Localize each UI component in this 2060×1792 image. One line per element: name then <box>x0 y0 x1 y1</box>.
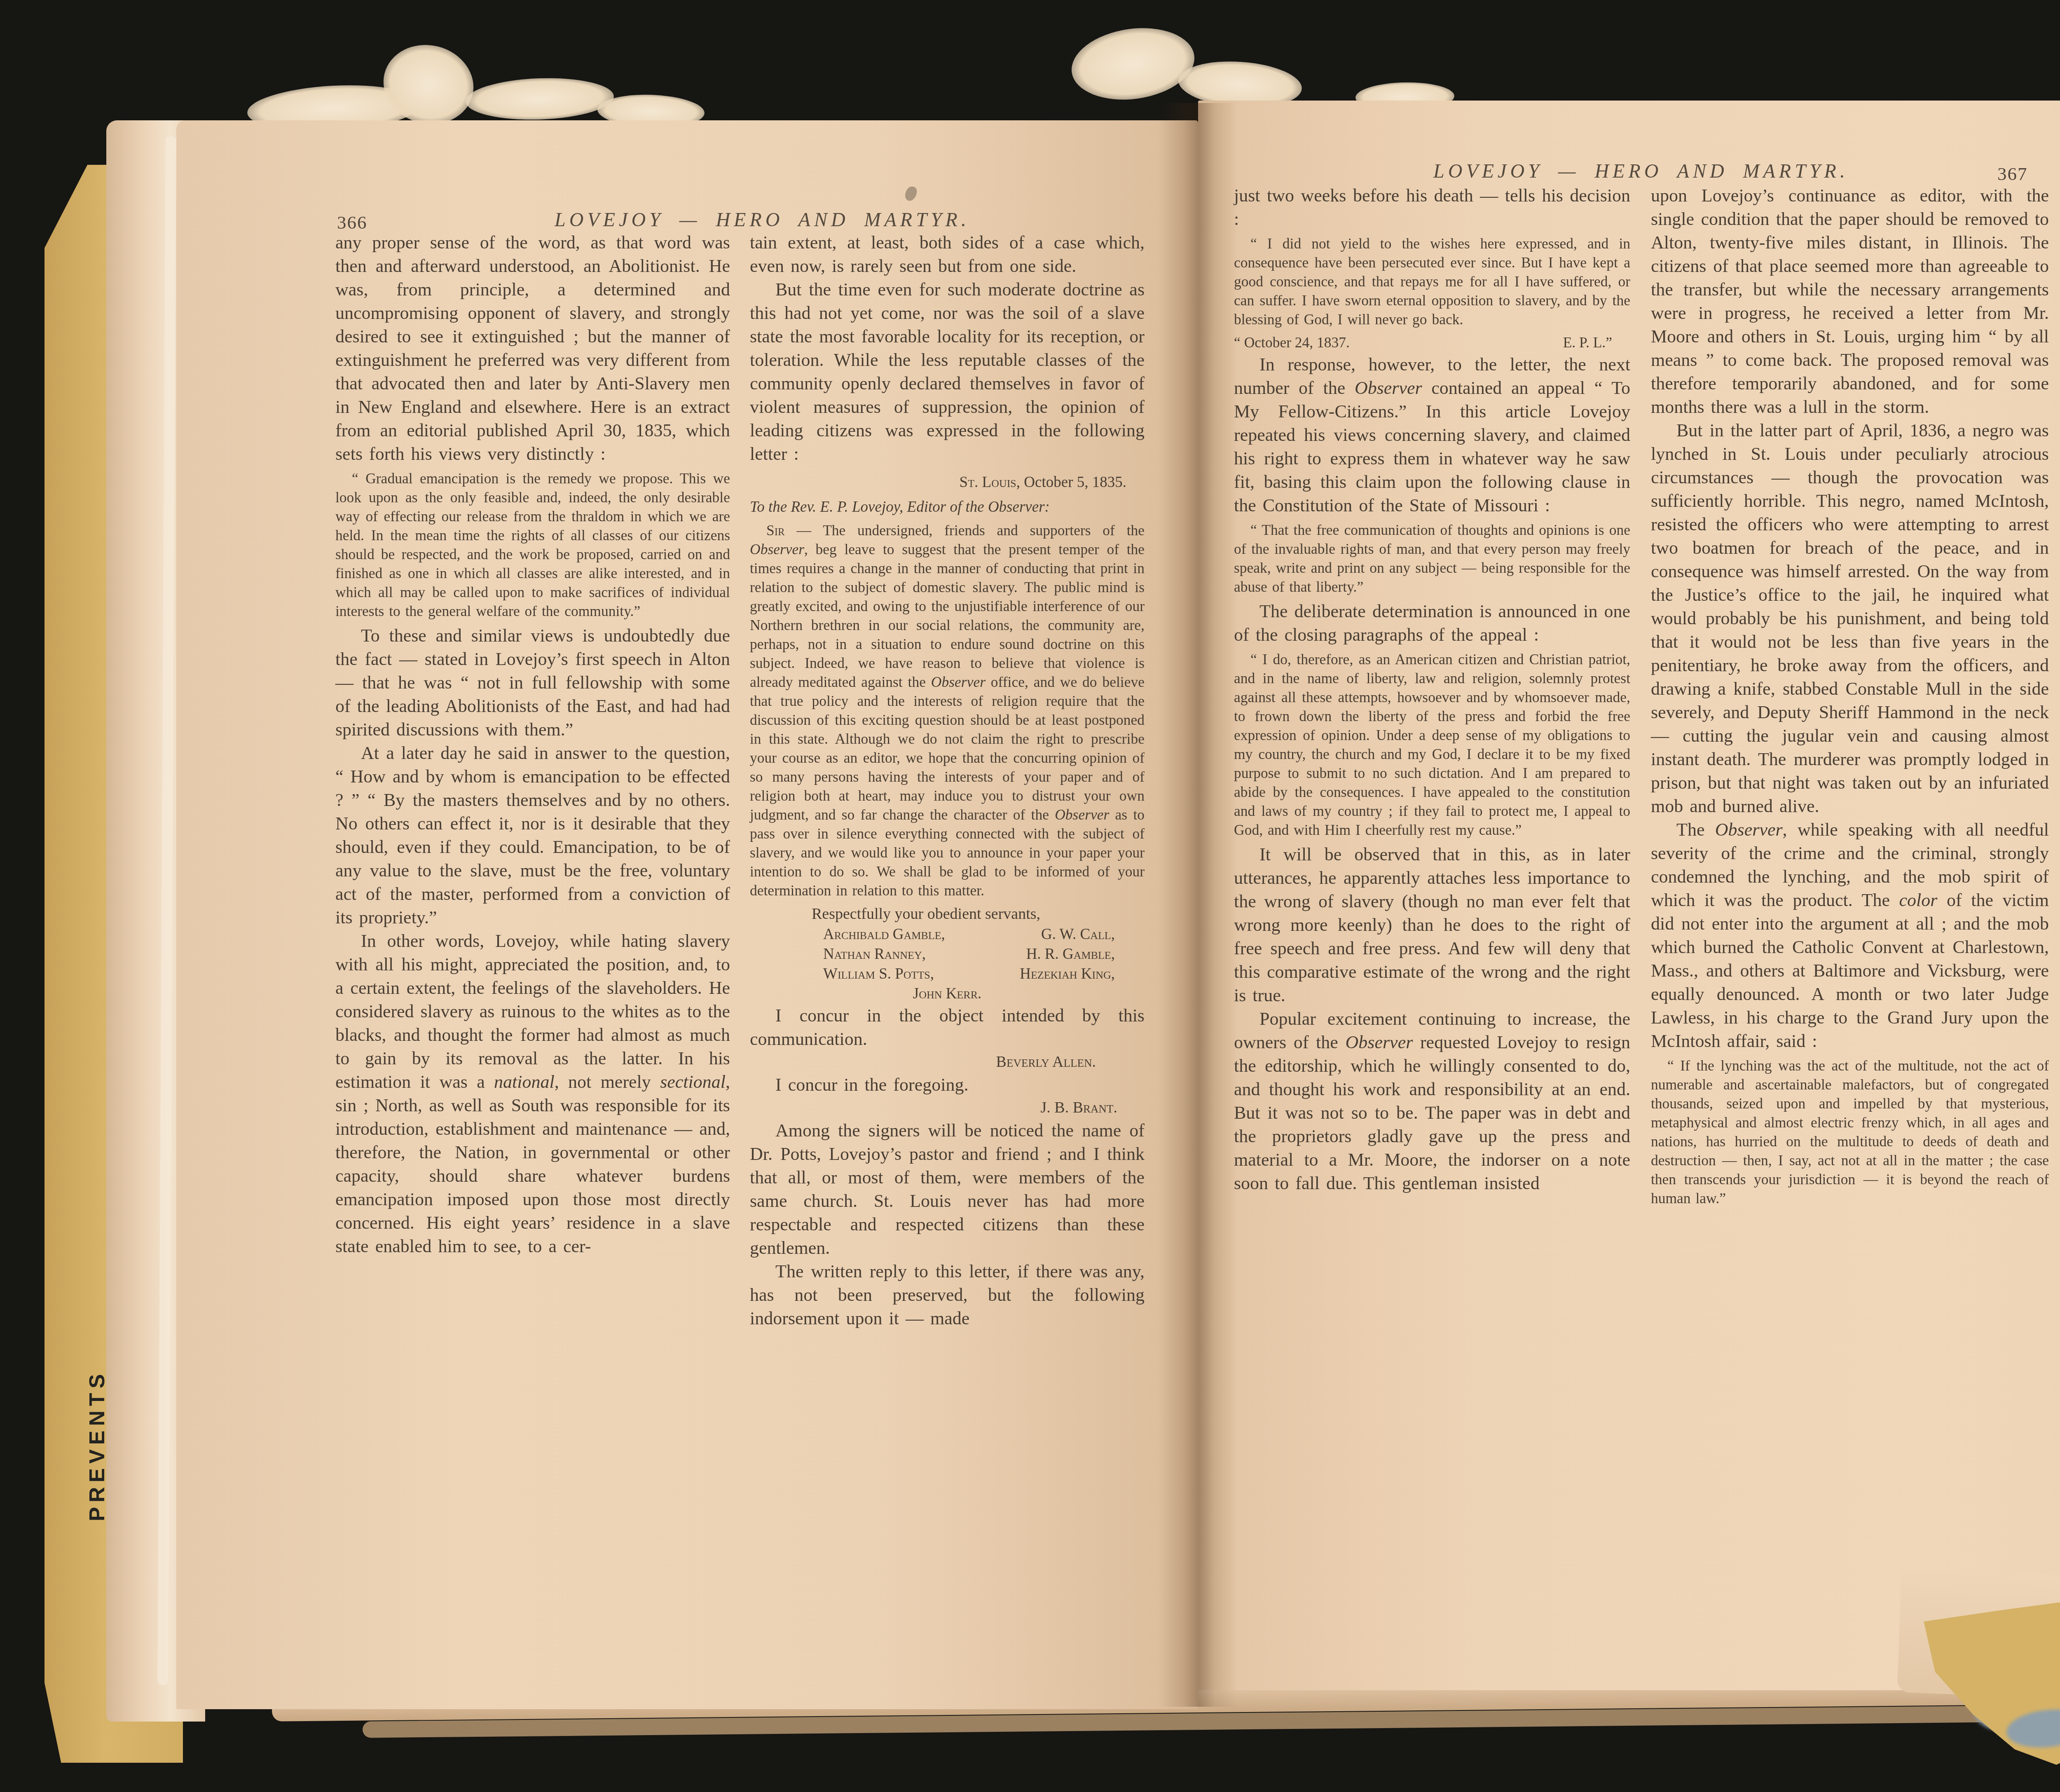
paragraph: The written reply to this letter, if the… <box>750 1260 1145 1330</box>
paper-tuft <box>1067 21 1199 107</box>
paper-tuft <box>465 76 614 122</box>
gutter-shadow <box>1159 103 1237 1707</box>
paragraph: upon Lovejoy’s continuance as editor, wi… <box>1651 184 2049 419</box>
scanner-background: { "scan": { "background_color": "#161613… <box>0 0 2060 1792</box>
signature-right: H. R. Gamble, <box>1026 944 1115 964</box>
signature-left: Archibald Gamble, <box>823 925 945 944</box>
paragraph: The deliberate determination is announce… <box>1234 600 1630 647</box>
paragraph: At a later day he said in answer to the … <box>335 741 730 929</box>
paragraph: any proper sense of the word, as that wo… <box>335 231 730 466</box>
paragraph: But in the latter part of April, 1836, a… <box>1651 419 2049 818</box>
paragraph: Respectfully your obedient servants, <box>750 903 1145 925</box>
column-366-right: tain extent, at least, both sides of a c… <box>750 231 1145 1330</box>
signature-left: William S. Potts, <box>823 964 934 984</box>
running-title-left: LOVEJOY — HERO AND MARTYR. <box>505 208 1020 231</box>
page-number-366: 366 <box>337 212 368 233</box>
paragraph: To these and similar views is undoubtedl… <box>335 624 730 741</box>
signature-left: Nathan Ranney, <box>823 944 926 964</box>
paragraph: It will be observed that in this, as in … <box>1234 843 1630 1007</box>
paragraph: just two weeks before his death — tells … <box>1234 184 1630 231</box>
page-number-367: 367 <box>1997 163 2028 185</box>
column-367-left: just two weeks before his death — tells … <box>1234 184 1630 1195</box>
paragraph: St. Louis, October 5, 1835. <box>750 472 1145 493</box>
paragraph: John Kerr. <box>750 984 1145 1004</box>
paragraph: But the time even for such moderate doct… <box>750 278 1145 466</box>
paragraph: Sir — The undersigned, friends and suppo… <box>750 521 1145 900</box>
paragraph: Among the signers will be noticed the na… <box>750 1119 1145 1260</box>
paragraph: “ That the free communication of thought… <box>1234 520 1630 596</box>
prevents-vertical-label: PREVENTS <box>85 1370 110 1521</box>
paragraph: I concur in the object intended by this … <box>750 1004 1145 1051</box>
paragraph: William S. Potts,Hezekiah King, <box>750 964 1145 984</box>
paragraph: “ I did not yield to the wishes here exp… <box>1234 234 1630 329</box>
paragraph: “ I do, therefore, as an American citize… <box>1234 650 1630 839</box>
column-366-left: any proper sense of the word, as that wo… <box>335 231 730 1258</box>
signature-right: E. P. L.” <box>1563 332 1612 353</box>
column-367-right: upon Lovejoy’s continuance as editor, wi… <box>1651 184 2049 1211</box>
signature-right: Hezekiah King, <box>1020 964 1115 984</box>
paragraph: “ Gradual emancipation is the remedy we … <box>335 469 730 621</box>
signature-right: G. W. Call, <box>1041 925 1115 944</box>
running-title-right: LOVEJOY — HERO AND MARTYR. <box>1404 160 1878 183</box>
signature-left: “ October 24, 1837. <box>1234 332 1350 353</box>
paragraph: Nathan Ranney,H. R. Gamble, <box>750 944 1145 964</box>
paragraph: To the Rev. E. P. Lovejoy, Editor of the… <box>750 497 1145 518</box>
paragraph: Popular excitement continuing to increas… <box>1234 1007 1630 1195</box>
paragraph: The Observer, while speaking with all ne… <box>1651 818 2049 1053</box>
paragraph: Archibald Gamble,G. W. Call, <box>750 925 1145 944</box>
paragraph: In other words, Lovejoy, while hating sl… <box>335 929 730 1258</box>
paragraph: “ If the lynching was the act of the mul… <box>1651 1056 2049 1208</box>
paragraph: Beverly Allen. <box>750 1051 1145 1073</box>
paragraph: tain extent, at least, both sides of a c… <box>750 231 1145 278</box>
paragraph: In response, however, to the letter, the… <box>1234 353 1630 517</box>
paragraph: I concur in the foregoing. <box>750 1073 1145 1096</box>
paragraph: J. B. Brant. <box>750 1096 1145 1119</box>
paragraph: “ October 24, 1837.E. P. L.” <box>1234 332 1630 353</box>
